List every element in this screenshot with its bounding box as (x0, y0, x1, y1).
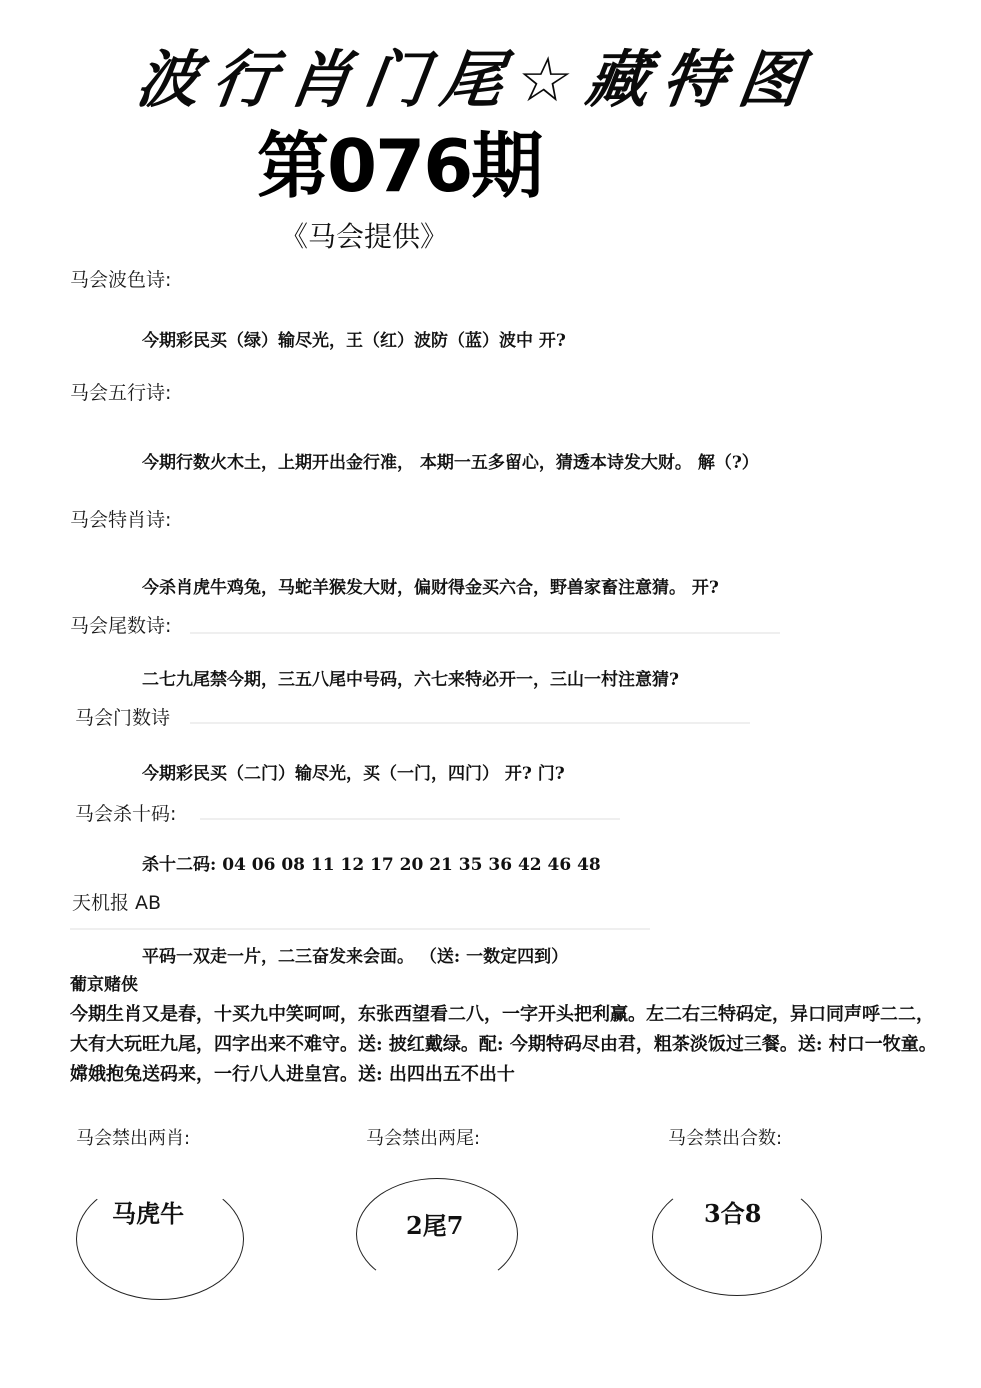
section-heading-tianji: 天机报 AB (72, 888, 161, 915)
section-heading-kill-numbers: 马会杀十码: (75, 799, 176, 826)
scan-artifact (70, 928, 650, 930)
forbidden-tail-label: 马会禁出两尾: (366, 1124, 480, 1150)
section-heading-special-zodiac: 马会特肖诗: (70, 505, 171, 532)
scan-artifact (190, 632, 780, 634)
forbidden-sum-value: 3合8 (704, 1194, 761, 1229)
forbidden-zodiac-value: 马虎牛 (112, 1194, 184, 1229)
section-heading-door-number: 马会门数诗 (75, 703, 170, 730)
section-content-door-number: 今期彩民买（二门）输尽光，买（一门，四门） 开? 门? (142, 759, 565, 784)
forbidden-tail-value: 2尾7 (406, 1206, 463, 1241)
section-content-tianji: 平码一双走一片，二三奋发来会面。 （送: 一数定四到） (142, 942, 568, 967)
section-heading-five-elements: 马会五行诗: (70, 378, 171, 405)
section-content-tail-number: 二七九尾禁今期，三五八尾中号码，六七来特必开一，三山一村注意猜? (142, 665, 679, 690)
section-heading-wave-color: 马会波色诗: (70, 265, 171, 292)
section-content-pujing: 今期生肖又是春，十买九中笑呵呵，东张西望看二八，一字开头把利赢。左二右三特码定，… (70, 1000, 940, 1090)
section-content-five-elements: 今期行数火木土，上期开出金行准， 本期一五多留心，猜透本诗发大财。 解（?） (142, 448, 759, 473)
forbidden-zodiac-label: 马会禁出两肖: (76, 1124, 190, 1150)
provider-label: 《马会提供》 (280, 215, 448, 255)
section-content-special-zodiac: 今杀肖虎牛鸡兔，马蛇羊猴发大财，偏财得金买六合，野兽家畜注意猜。 开? (142, 573, 719, 598)
forbidden-sum-label: 马会禁出合数: (668, 1124, 782, 1150)
scan-artifact (200, 818, 620, 820)
document-title: 波行肖门尾☆藏特图 (132, 30, 822, 119)
section-content-wave-color: 今期彩民买（绿）输尽光，王（红）波防（蓝）波中 开? (142, 326, 566, 351)
scan-artifact (190, 722, 750, 724)
section-heading-tail-number: 马会尾数诗: (70, 611, 171, 638)
issue-number: 第076期 (257, 108, 541, 212)
section-heading-pujing: 葡京赌侠 (70, 970, 138, 995)
section-content-kill-numbers: 杀十二码: 04 06 08 11 12 17 20 21 35 36 42 4… (142, 850, 601, 875)
